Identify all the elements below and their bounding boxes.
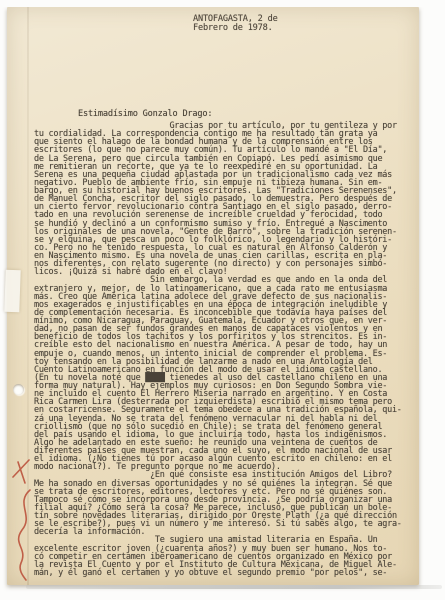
scan-edge-shadow: [26, 585, 442, 589]
letter-salutation: Estimadísimo Gonzalo Drago:: [78, 109, 212, 119]
letter-body-text: Gracias por tu artículo, por tu gentilez…: [34, 122, 402, 577]
letter-dateline: ANTOFAGASTA, 2 de Febrero de 1978.: [193, 15, 278, 33]
punch-hole: [13, 384, 24, 395]
letter-paper: ANTOFAGASTA, 2 de Febrero de 1978. Estim…: [7, 7, 419, 585]
scan-background: [0, 0, 445, 7]
tape-patch: [4, 270, 20, 312]
paper-crease: [27, 7, 29, 585]
